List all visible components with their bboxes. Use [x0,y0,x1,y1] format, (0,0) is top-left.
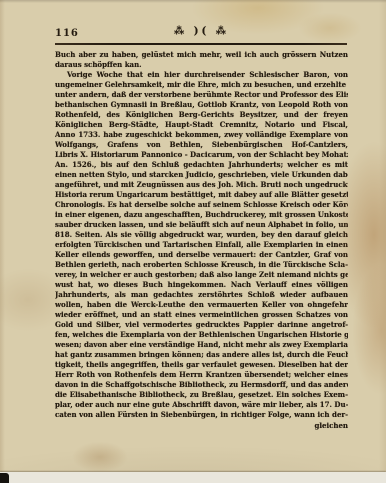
text-line: Buch aber zu haben, gelüstet mich mehr, … [55,50,348,60]
text-line: Vorige Woche that ein hier durchreisende… [55,70,348,80]
text-line: wesen; davon aber eine verständige Hand,… [55,340,348,350]
text-line: davon in die Schaffgotschische Bibliothe… [55,380,348,390]
text-line: Herr Roth von Rothenfels dem Herrn Krant… [55,370,348,380]
text-line: Historia rerum Ungaricarum bestättiget, … [55,190,348,200]
text-line: in einer eigenen, dazu angeschafften, Bu… [55,210,348,220]
text-line: verey, in welcher er auch gestorben; daß… [55,270,348,280]
text-line: ungemeiner Gelehrsamkeit, mir die Ehre, … [55,80,348,90]
text-line: 818. Seiten. Als sie völlig abgedruckt w… [55,230,348,240]
text-line: An. 1526., bis auf den Schluß gedachten … [55,160,348,170]
catchword-row: gleichen [55,421,348,431]
text-line: Libris X. Historiarum Pannonico - Dacica… [55,150,348,160]
text-line: unter andern, daß der verstorbene berühm… [55,90,348,100]
text-line: tigkeit, theils angegriffen, theils gar … [55,360,348,370]
text-line: Gold und Silber, viel vermodertes gedruc… [55,320,348,330]
text-line: Königlichen Berg-Städte, Haupt-Stadt Cre… [55,120,348,130]
text-line: caten von allen Fürsten in Siebenbürgen,… [55,410,348,420]
text-line: daraus schöpffen kan. [55,60,348,70]
text-line: Jahrhunderts, als man gedachtes zerstöhr… [55,290,348,300]
scan-corner-mark [0,473,9,483]
text-line: wieder eröffnet, und an statt eines verm… [55,310,348,320]
page-number: 116 [55,28,79,39]
text-line: sauber drucken lassen, und sie beläufft … [55,220,348,230]
text-line: wollen, haben die Werck-Leuthe den verma… [55,300,348,310]
text-line: erfolgten Türckischen und Tartarischen E… [55,240,348,250]
text-block: Buch aber zu haben, gelüstet mich mehr, … [55,50,348,420]
text-line: fen, welches die Exemplaria von der Beth… [55,330,348,340]
text-line: wust hat, wo dieses Buch hingekommen. Na… [55,280,348,290]
text-line: bethanischen Gymnasii in Breßlau, Gottlo… [55,100,348,110]
header-rule [55,43,347,45]
header-ornament: ⁂ )( ⁂ [55,26,348,37]
ornament-left-fleuron-icon: ⁂ [174,26,187,37]
text-line: Keller eilends geworffen, und derselbe v… [55,250,348,260]
catchword: gleichen [314,421,348,430]
scan-background-strip [0,472,386,483]
page-header: 116 ⁂ )( ⁂ [55,26,348,42]
text-line: Rothenfeld, des Königlichen Berg-Gericht… [55,110,348,120]
text-line: die Elisabethanische Bibliotheck, zu Bre… [55,390,348,400]
text-line: Anno 1733. habe zugeschickt bekommen, zw… [55,130,348,140]
text-line: Bethlen gerieth, nach eroberten Schlosse… [55,260,348,270]
text-line: Chronologis. Es hat derselbe solche auf … [55,200,348,210]
text-line: plar, oder auch nur eine gute Abschrifft… [55,400,348,410]
text-line: Wolfgangs, Grafens von Bethlen, Siebenbü… [55,140,348,150]
text-line: hat gantz zusammen bringen können; das a… [55,350,348,360]
ornament-center-mark: )( [194,26,209,37]
ornament-right-fleuron-icon: ⁂ [216,26,229,37]
text-line: einen netten Stylo, und starcken Judicio… [55,170,348,180]
scanned-book-page: 116 ⁂ )( ⁂ Buch aber zu haben, gelüstet … [0,0,386,483]
text-line: angeführet, und mit Zeugnüssen aus des J… [55,180,348,190]
